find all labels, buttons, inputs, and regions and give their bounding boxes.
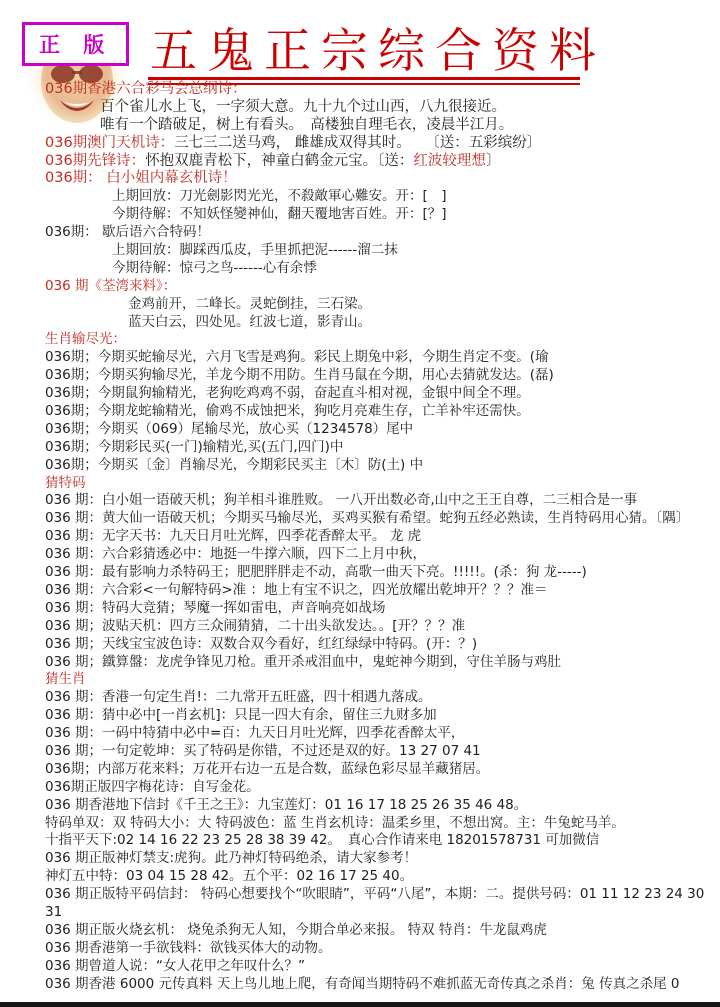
body-text: 金鸡前开，二峰长。灵蛇倒挂，三石梁。: [128, 296, 371, 312]
red-label-text: 036期： 白小姐内幕玄机诗！: [45, 170, 237, 186]
text-line: 036期先锋诗：怀抱双鹿青松下，神童白鹤金元宝。〔送：红波较理想〕: [0, 153, 720, 171]
body-text: 036期；今期买（069）尾输尽光，放心买（1234578）尾中: [45, 421, 413, 437]
body-text: 唯有一个踏破足，树上有看头。 高楼独自理毛衣，凌晨半江月。: [100, 117, 513, 133]
red-label-text: 生肖输尽光：: [45, 331, 126, 347]
text-line: 036 期香港第一手欲钱料：欲钱买体大的动物。: [0, 940, 720, 958]
body-text: 036 期：黄大仙一语破天机；今期买马输尽光，买鸡买猴有希望。蛇狗五经必熟读，生…: [45, 510, 689, 526]
body-text: 036期： 歇后语六合特码！: [45, 224, 210, 240]
text-line: 036 期；波贴天机：四方三众闹猜猜，二十出头欲发达。。[开？？？准: [0, 618, 720, 636]
text-line: 036 期；一句定乾坤：买了特码是你错，不过还是双的好。13 27 07 41: [0, 743, 720, 761]
text-line: 31: [0, 904, 720, 922]
red-label-text: 036 期《荃湾来料》：: [45, 278, 176, 294]
body-text: 036 期正版神灯禁支:虎狗。此乃神灯特码绝杀，请大家参考！: [45, 850, 417, 866]
text-line: 036期正版四字梅花诗：自写金花。: [0, 779, 720, 797]
body-text: 036期；内部万花来料；万花开右边一五是合数，蓝绿色彩尽显羊藏猪居。: [45, 761, 489, 777]
body-text: 036 期；鐵算盤：龙虎争锋见刀枪。重开杀戒泪血中，鬼蛇神今期到，守住羊肠与鸡肚: [45, 654, 561, 670]
text-line: 036 期；鐵算盤：龙虎争锋见刀枪。重开杀戒泪血中，鬼蛇神今期到，守住羊肠与鸡肚: [0, 654, 720, 672]
body-text: 百个雀儿水上飞，一字须大意。九十九个过山西，八九很接近。: [100, 99, 506, 115]
text-line: 036 期曾道人说：“女人花甲之年叹什么？”: [0, 958, 720, 976]
body-text: 31: [45, 904, 62, 920]
body-text: 神灯五中特：03 04 15 28 42。五个平：02 16 17 25 40。: [45, 868, 413, 884]
body-text: 036 期；天线宝宝波色诗：双数合双今看好，红红绿绿中特码。(开：？): [45, 636, 477, 652]
bottom-edge-bar: [0, 1002, 720, 1007]
body-text: 036期；今期鼠狗输精光，老狗吃鸡鸡不弱，奋起直斗相对视，金银中间全不理。: [45, 385, 530, 401]
body-text: 036期；今期买蛇输尽光，六月飞雪是鸡狗。彩民上期兔中彩，今期生肖定不变。(瑜: [45, 349, 549, 365]
body-text: 十指平天下:02 14 16 22 23 25 28 38 39 42。 真心合…: [45, 832, 599, 848]
body-text: 036 期：最有影响力杀特码王；肥肥胖胖走不动，高歌一曲天下亮。!!!!!。(杀…: [45, 564, 587, 580]
text-line: 036期香港六合彩马会总纲诗：: [0, 81, 720, 99]
body-text: 036 期香港第一手欲钱料：欲钱买体大的动物。: [45, 940, 332, 956]
text-line: 上期回放：脚踩西瓜皮，手里抓把泥------溜二抹: [0, 242, 720, 260]
document-body: 036期香港六合彩马会总纲诗：百个雀儿水上飞，一字须大意。九十九个过山西，八九很…: [0, 81, 720, 993]
text-line: 036 期香港 6000 元传真料 天上鸟儿地上爬，有奇闻当期特码不难抓蓝无奇传…: [0, 976, 720, 994]
text-line: 036期；今期买〔金〕肖输尽光，今期彩民买主〔木〕防(土) 中: [0, 457, 720, 475]
text-line: 036 期：白小姐一语破天机；狗羊相斗谁胜败。 一八开出数必奇,山中之王王自尊，…: [0, 492, 720, 510]
red-label-text: 036期澳门天机诗：: [45, 135, 174, 151]
body-text: 三七三二送马鸡， 雌雄成双得其时。 〔送：五彩缤纷〕: [174, 135, 541, 151]
body-text: 蓝天白云，四处见。红波七道，影青山。: [128, 314, 371, 330]
text-line: 唯有一个踏破足，树上有看头。 高楼独自理毛衣，凌晨半江月。: [0, 117, 720, 135]
text-line: 036 期：六合彩猜透必中：地挺一牛撑六顺，四下二上月中秋，: [0, 546, 720, 564]
text-line: 036 期香港地下信封《千王之王》：九宝莲灯：01 16 17 18 25 26…: [0, 797, 720, 815]
body-text: 〕: [486, 153, 501, 169]
text-line: 036 期；天线宝宝波色诗：双数合双今看好，红红绿绿中特码。(开：？): [0, 636, 720, 654]
body-text: 036 期香港 6000 元传真料 天上鸟儿地上爬，有奇闻当期特码不难抓蓝无奇传…: [45, 976, 679, 992]
body-text: 036 期正版火烧玄机： 烧兔杀狗无人知，今期合单必来报。 特双 特肖：牛龙鼠鸡…: [45, 922, 547, 938]
text-line: 036期；今期买蛇输尽光，六月飞雪是鸡狗。彩民上期兔中彩，今期生肖定不变。(瑜: [0, 349, 720, 367]
page-title: 五鬼正宗综合资料: [150, 14, 590, 81]
text-line: 蓝天白云，四处见。红波七道，影青山。: [0, 314, 720, 332]
body-text: 036 期曾道人说：“女人花甲之年叹什么？”: [45, 958, 305, 974]
body-text: 036期正版四字梅花诗：自写金花。: [45, 779, 260, 795]
red-label-text: 猜生肖: [45, 671, 86, 687]
text-line: 036 期：六合彩<一句解特码>准 ：地上有宝不识之，四光放耀出乾坤开？？？准＝: [0, 582, 720, 600]
text-line: 今期待解：不知妖怪變神仙，翻天覆地害百姓。开：[？]: [0, 206, 720, 224]
body-text: 036期；今期买〔金〕肖输尽光，今期彩民买主〔木〕防(土) 中: [45, 457, 423, 473]
text-line: 今期待解：惊弓之鸟------心有余悸: [0, 260, 720, 278]
text-line: 036期；今期买狗输尽光，羊龙今期不用防。生肖马鼠在今期，用心去猜就发达。(磊): [0, 367, 720, 385]
body-text: 怀抱双鹿青松下，神童白鹤金元宝。〔送：: [145, 153, 413, 169]
body-text: 036 期；一句定乾坤：买了特码是你错，不过还是双的好。13 27 07 41: [45, 743, 481, 759]
text-line: 036期；今期龙蛇输精光，偷鸡不成蚀把米，狗吃月亮难生存，亡羊补牢还需快。: [0, 403, 720, 421]
body-text: 036 期：香港一句定生肖!：二九常开五旺盛，四十相遇九落成。: [45, 689, 431, 705]
body-text: 036 期：六合彩<一句解特码>准 ：地上有宝不识之，四光放耀出乾坤开？？？准＝: [45, 582, 547, 598]
text-line: 036期；今期鼠狗输精光，老狗吃鸡鸡不弱，奋起直斗相对视，金银中间全不理。: [0, 385, 720, 403]
body-text: 036 期：无字天书：九天日月吐光辉，四季花香醉太平。 龙 虎: [45, 528, 421, 544]
body-text: 036 期正版特平码信封： 特码心想要找个“吹眼睛”，平码“八尾”，本期：二。提…: [45, 886, 704, 902]
body-text: 036 期：一码中特猜中必中=百：九天日月吐光辉，四季花香醉太平，: [45, 725, 464, 741]
text-line: 036 期：一码中特猜中必中=百：九天日月吐光辉，四季花香醉太平，: [0, 725, 720, 743]
red-label-text: 红波较理想: [413, 153, 486, 169]
text-line: 036期；内部万花来料；万花开右边一五是合数，蓝绿色彩尽显羊藏猪居。: [0, 761, 720, 779]
body-text: 036期；今期龙蛇输精光，偷鸡不成蚀把米，狗吃月亮难生存，亡羊补牢还需快。: [45, 403, 530, 419]
body-text: 036期；今期彩民买(一门)输精光,买(五门,四门)中: [45, 439, 343, 455]
red-label-text: 036期先锋诗：: [45, 153, 145, 169]
text-line: 036 期：香港一句定生肖!：二九常开五旺盛，四十相遇九落成。: [0, 689, 720, 707]
text-line: 百个雀儿水上飞，一字须大意。九十九个过山西，八九很接近。: [0, 99, 720, 117]
text-line: 036 期：猜中必中[一肖玄机]：只昆一四大有余，留住三九财多加: [0, 707, 720, 725]
text-line: 036 期正版特平码信封： 特码心想要找个“吹眼睛”，平码“八尾”，本期：二。提…: [0, 886, 720, 904]
body-text: 今期待解：不知妖怪變神仙，翻天覆地害百姓。开：[？]: [112, 206, 447, 222]
text-line: 036期： 白小姐内幕玄机诗！: [0, 170, 720, 188]
title-underline: [148, 77, 580, 80]
text-line: 金鸡前开，二峰长。灵蛇倒挂，三石梁。: [0, 296, 720, 314]
body-text: 今期待解：惊弓之鸟------心有余悸: [112, 260, 317, 276]
body-text: 036 期香港地下信封《千王之王》：九宝莲灯：01 16 17 18 25 26…: [45, 797, 527, 813]
body-text: 上期回放：刀光劍影閃光光，不殺敵軍心難安。开：[ ]: [112, 188, 447, 204]
text-line: 猜特码: [0, 475, 720, 493]
body-text: 036期；今期买狗输尽光，羊龙今期不用防。生肖马鼠在今期，用心去猜就发达。(磊): [45, 367, 554, 383]
text-line: 036 期：黄大仙一语破天机；今期买马输尽光，买鸡买猴有希望。蛇狗五经必熟读，生…: [0, 510, 720, 528]
text-line: 生肖输尽光：: [0, 331, 720, 349]
text-line: 036期；今期买（069）尾输尽光，放心买（1234578）尾中: [0, 421, 720, 439]
text-line: 036 期正版神灯禁支:虎狗。此乃神灯特码绝杀，请大家参考！: [0, 850, 720, 868]
red-label-text: 036期香港六合彩马会总纲诗：: [45, 81, 247, 97]
body-text: 036 期：猜中必中[一肖玄机]：只昆一四大有余，留住三九财多加: [45, 707, 437, 723]
red-label-text: 猜特码: [45, 475, 86, 491]
text-line: 036 期：特码大竞猜；琴魔一挥如雷电，声音响亮如战场: [0, 600, 720, 618]
body-text: 上期回放：脚踩西瓜皮，手里抓把泥------溜二抹: [112, 242, 398, 258]
body-text: 036 期：白小姐一语破天机；狗羊相斗谁胜败。 一八开出数必奇,山中之王王自尊，…: [45, 492, 637, 508]
text-line: 十指平天下:02 14 16 22 23 25 28 38 39 42。 真心合…: [0, 832, 720, 850]
body-text: 特码单双：双 特码大小：大 特码波色：蓝 生肖玄机诗：温柔乡里，不想出窝。主：牛…: [45, 815, 625, 831]
body-text: 036 期：六合彩猜透必中：地挺一牛撑六顺，四下二上月中秋，: [45, 546, 426, 562]
text-line: 036期澳门天机诗：三七三二送马鸡， 雌雄成双得其时。 〔送：五彩缤纷〕: [0, 135, 720, 153]
body-text: 036 期：特码大竞猜；琴魔一挥如雷电，声音响亮如战场: [45, 600, 386, 616]
text-line: 036期： 歇后语六合特码！: [0, 224, 720, 242]
text-line: 神灯五中特：03 04 15 28 42。五个平：02 16 17 25 40。: [0, 868, 720, 886]
text-line: 036期；今期彩民买(一门)输精光,买(五门,四门)中: [0, 439, 720, 457]
text-line: 上期回放：刀光劍影閃光光，不殺敵軍心難安。开：[ ]: [0, 188, 720, 206]
authentic-badge: 正 版: [22, 22, 129, 66]
text-line: 036 期：最有影响力杀特码王；肥肥胖胖走不动，高歌一曲天下亮。!!!!!。(杀…: [0, 564, 720, 582]
text-line: 036 期《荃湾来料》：: [0, 278, 720, 296]
text-line: 036 期正版火烧玄机： 烧兔杀狗无人知，今期合单必来报。 特双 特肖：牛龙鼠鸡…: [0, 922, 720, 940]
body-text: 036 期；波贴天机：四方三众闹猜猜，二十出头欲发达。。[开？？？准: [45, 618, 465, 634]
text-line: 特码单双：双 特码大小：大 特码波色：蓝 生肖玄机诗：温柔乡里，不想出窝。主：牛…: [0, 815, 720, 833]
text-line: 036 期：无字天书：九天日月吐光辉，四季花香醉太平。 龙 虎: [0, 528, 720, 546]
text-line: 猜生肖: [0, 671, 720, 689]
